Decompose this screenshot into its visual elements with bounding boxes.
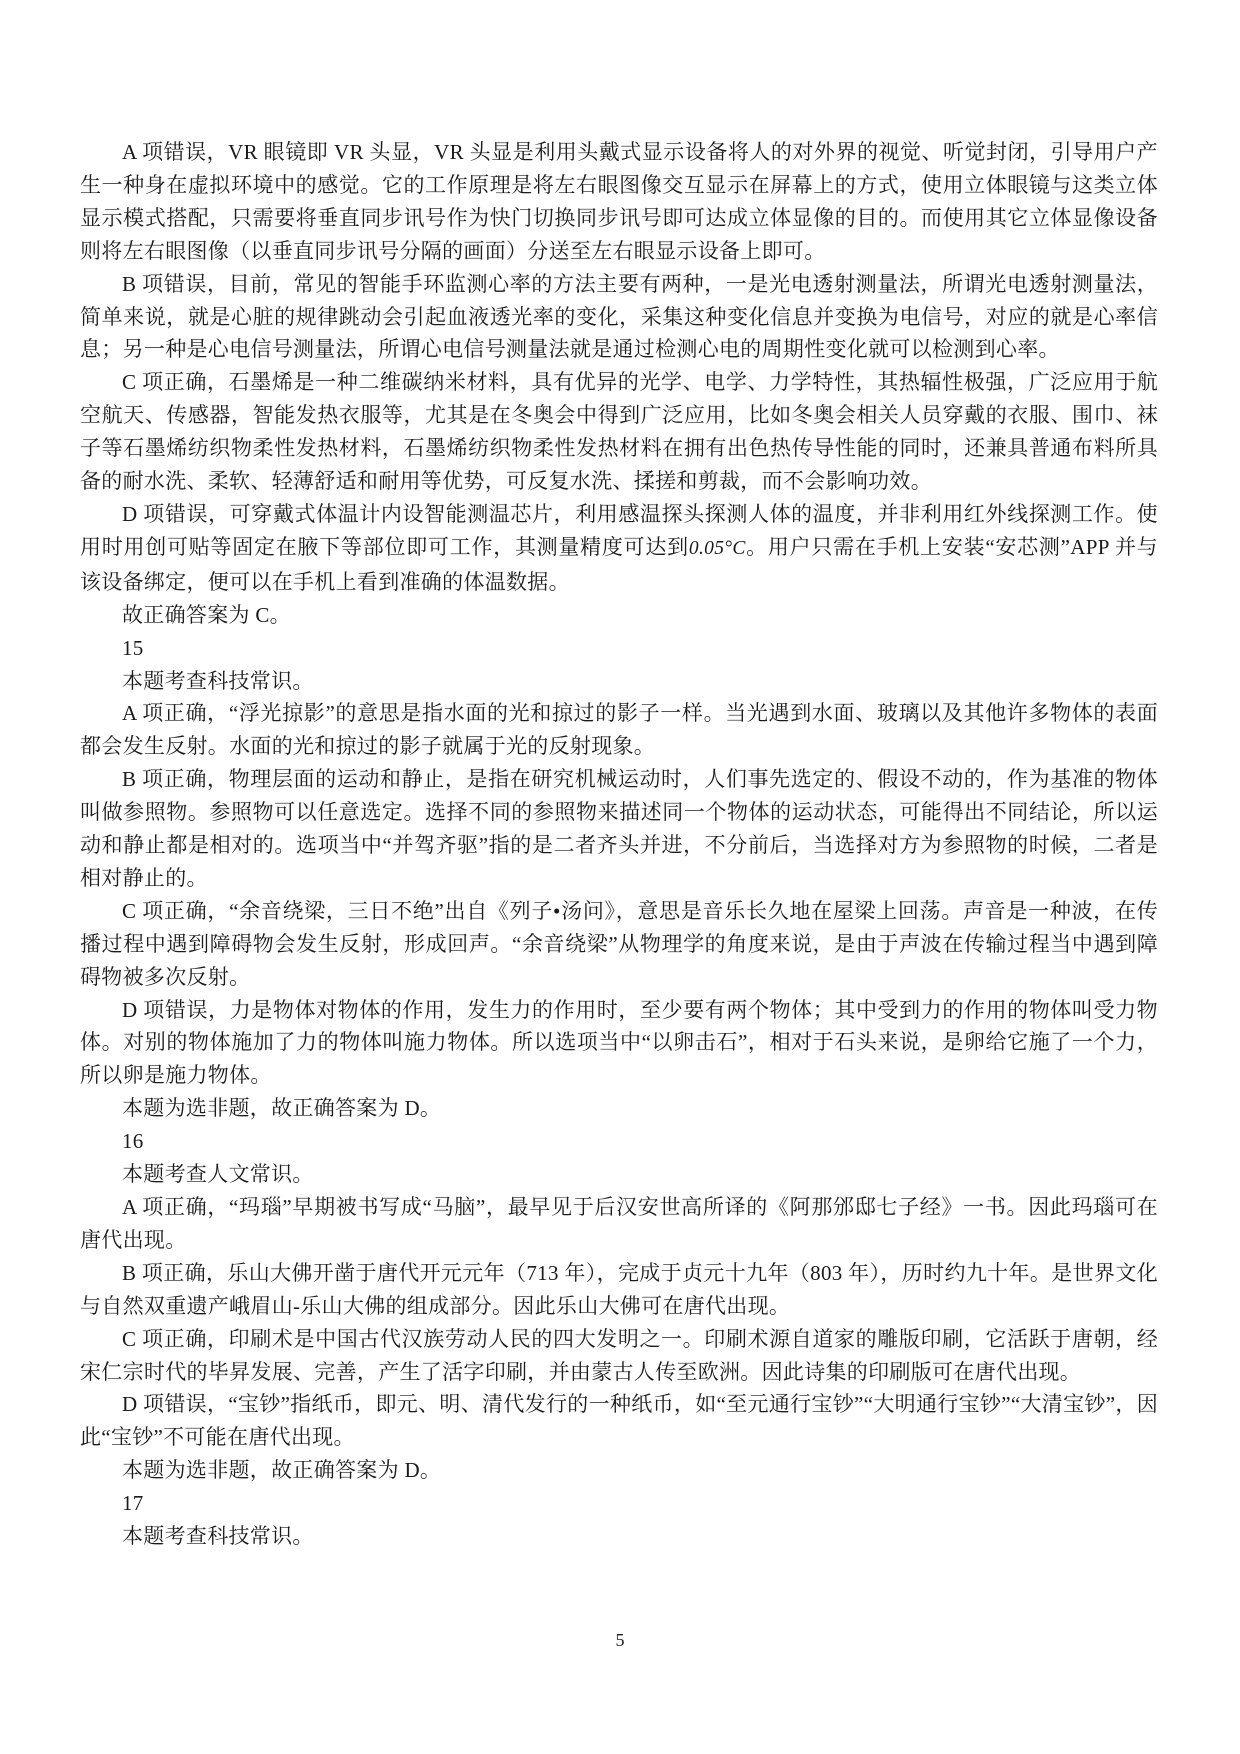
exam-focus: 本题考查科技常识。 <box>80 665 1158 698</box>
option-analysis-paragraph: B 项正确，乐山大佛开凿于唐代开元元年（713 年），完成于贞元十九年（803 … <box>80 1257 1158 1323</box>
exam-focus: 本题考查人文常识。 <box>80 1158 1158 1191</box>
page-number: 5 <box>0 1630 1240 1651</box>
answer-conclusion: 本题为选非题，故正确答案为 D。 <box>80 1092 1158 1125</box>
option-analysis-paragraph: D 项错误，力是物体对物体的作用，发生力的作用时，至少要有两个物体；其中受到力的… <box>80 994 1158 1093</box>
option-analysis-paragraph: D 项错误，可穿戴式体温计内设智能测温芯片，利用感温探头探测人体的温度，并非利用… <box>80 498 1158 599</box>
answer-conclusion: 故正确答案为 C。 <box>80 599 1158 632</box>
answer-explanations-body: A 项错误，VR 眼镜即 VR 头显，VR 头显是利用头戴式显示设备将人的对外界… <box>80 136 1158 1553</box>
answer-conclusion: 本题为选非题，故正确答案为 D。 <box>80 1454 1158 1487</box>
question-number: 15 <box>80 632 1158 665</box>
document-page: { "document": { "paragraphs": [ { "text"… <box>0 0 1240 1754</box>
exam-focus: 本题考查科技常识。 <box>80 1520 1158 1553</box>
option-analysis-paragraph: D 项错误，“宝钞”指纸币，即元、明、清代发行的一种纸币，如“至元通行宝钞”“大… <box>80 1388 1158 1454</box>
temperature-precision-formula: 0.05°C <box>689 538 746 559</box>
option-analysis-paragraph: B 项正确，物理层面的运动和静止，是指在研究机械运动时，人们事先选定的、假设不动… <box>80 763 1158 895</box>
option-analysis-paragraph: C 项正确，石墨烯是一种二维碳纳米材料，具有优异的光学、电学、力学特性，其热辐性… <box>80 366 1158 498</box>
option-analysis-paragraph: C 项正确，“余音绕梁，三日不绝”出自《列子•汤问》，意思是音乐长久地在屋梁上回… <box>80 895 1158 994</box>
option-analysis-paragraph: A 项正确，“玛瑙”早期被书写成“马脑”，最早见于后汉安世高所译的《阿那邠邸七子… <box>80 1191 1158 1257</box>
option-analysis-paragraph: A 项错误，VR 眼镜即 VR 头显，VR 头显是利用头戴式显示设备将人的对外界… <box>80 136 1158 268</box>
option-analysis-paragraph: A 项正确，“浮光掠影”的意思是指水面的光和掠过的影子一样。当光遇到水面、玻璃以… <box>80 697 1158 763</box>
option-analysis-paragraph: C 项正确，印刷术是中国古代汉族劳动人民的四大发明之一。印刷术源自道家的雕版印刷… <box>80 1323 1158 1389</box>
option-analysis-paragraph: B 项错误，目前，常见的智能手环监测心率的方法主要有两种，一是光电透射测量法，所… <box>80 268 1158 367</box>
question-number: 17 <box>80 1487 1158 1520</box>
question-number: 16 <box>80 1125 1158 1158</box>
